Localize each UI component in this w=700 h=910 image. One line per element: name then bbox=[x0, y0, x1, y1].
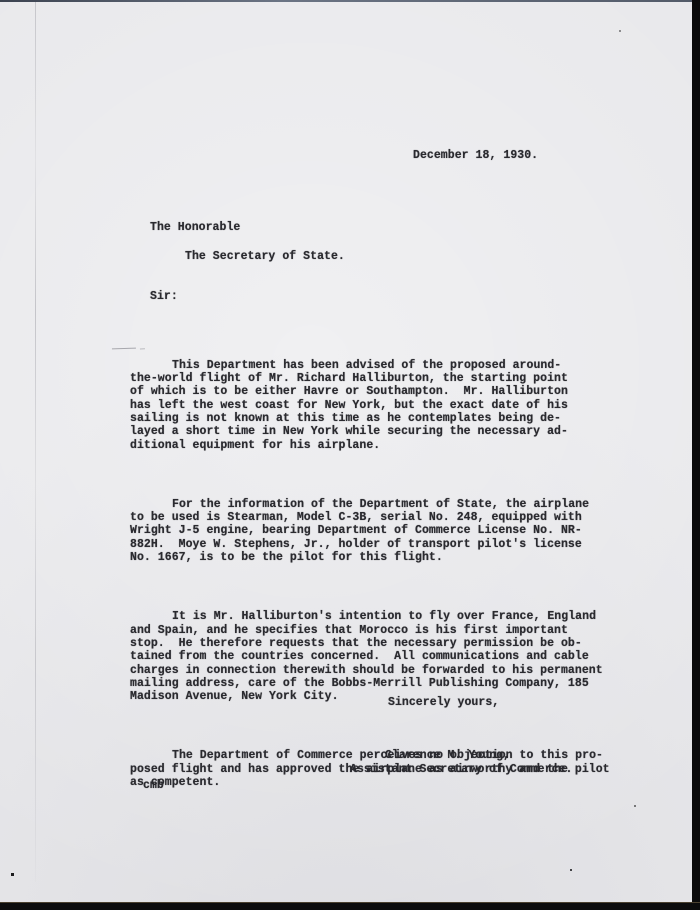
paper-crease bbox=[35, 2, 36, 882]
scan-edge-bottom bbox=[0, 902, 700, 910]
letter-paper: December 18, 1930. The Honorable The Sec… bbox=[0, 2, 692, 903]
ink-speck bbox=[11, 873, 14, 876]
scan-edge-top bbox=[0, 0, 700, 2]
letter-date: December 18, 1930. bbox=[413, 149, 538, 162]
ink-speck bbox=[634, 805, 636, 807]
signature-name: Clarence M. Young, bbox=[385, 749, 510, 762]
paragraph-2: For the information of the Department of… bbox=[130, 498, 611, 565]
paragraph-1: This Department has been advised of the … bbox=[130, 359, 611, 452]
letter-body: This Department has been advised of the … bbox=[130, 332, 611, 835]
typist-initials: cmb bbox=[143, 779, 164, 792]
ink-speck bbox=[570, 869, 572, 871]
recipient-honorific: The Honorable bbox=[150, 221, 240, 234]
scanned-letter-photo: December 18, 1930. The Honorable The Sec… bbox=[0, 0, 700, 910]
complimentary-closing: Sincerely yours, bbox=[388, 696, 499, 709]
salutation: Sir: bbox=[150, 290, 178, 303]
ink-speck bbox=[619, 30, 621, 32]
recipient-title: The Secretary of State. bbox=[185, 250, 345, 263]
signature-title: Assistant Secretary of Commerce. bbox=[350, 763, 572, 776]
paragraph-3: It is Mr. Halliburton's intention to fly… bbox=[130, 610, 611, 703]
scan-edge-right bbox=[692, 0, 700, 910]
